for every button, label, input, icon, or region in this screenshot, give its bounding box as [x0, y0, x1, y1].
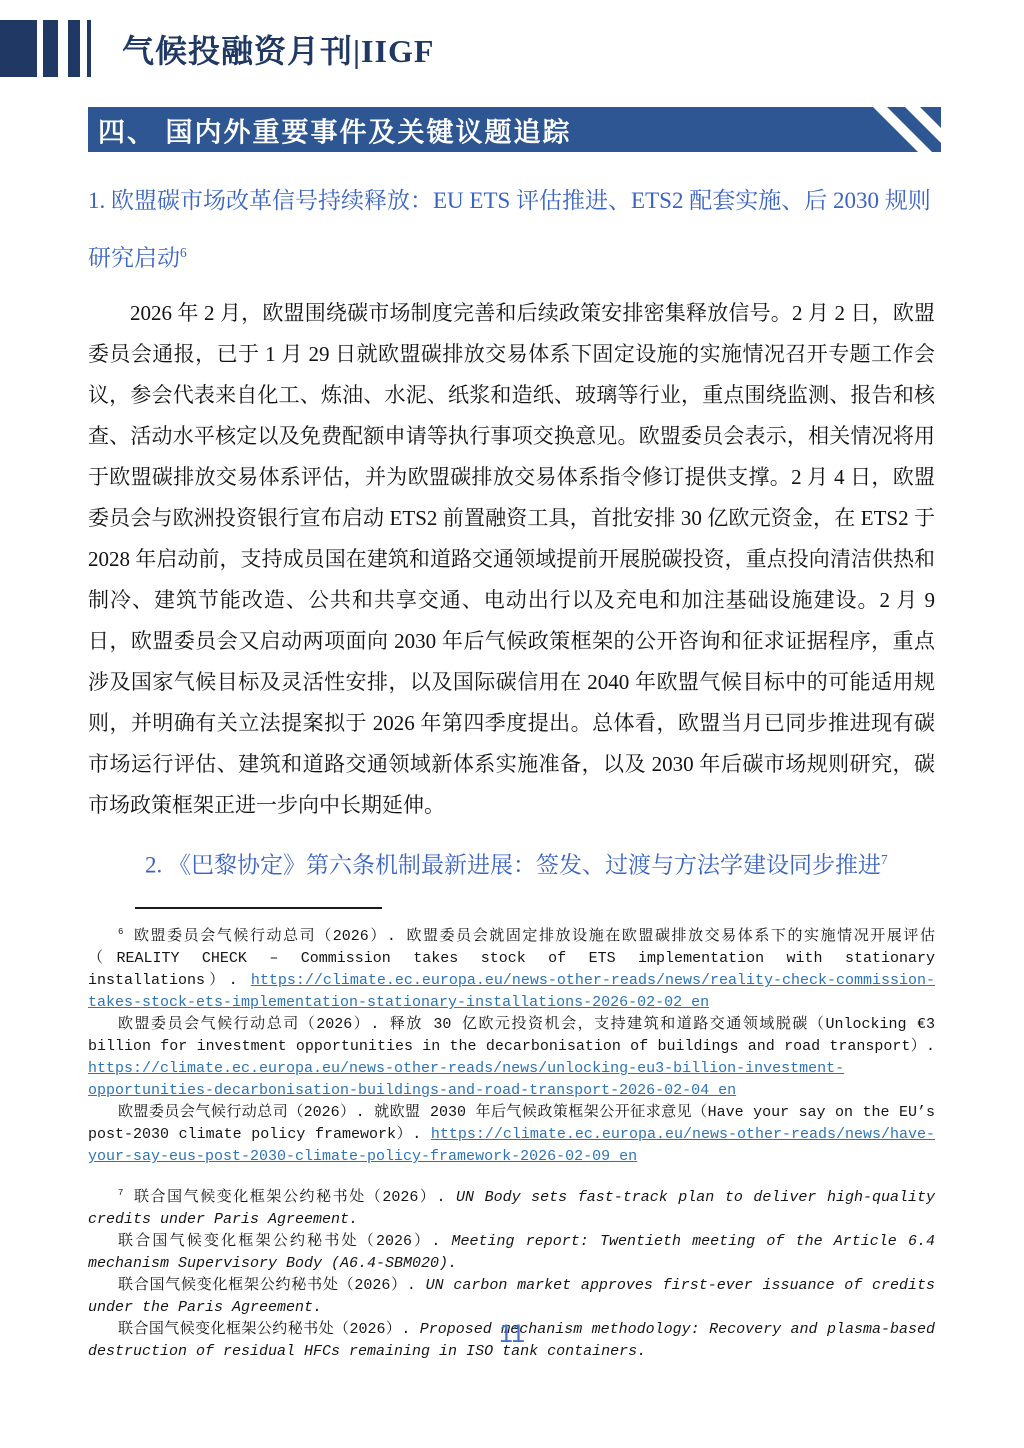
subsection-2-heading: 2. 《巴黎协定》第六条机制最新进展：签发、过渡与方法学建设同步推进7: [88, 836, 935, 890]
footnote-6-ref-1: 6 欧盟委员会气候行动总司（2026）. 欧盟委员会就固定排放设施在欧盟碳排放交…: [88, 921, 935, 1014]
logo-bar: [68, 20, 80, 77]
section-banner: 四、 国内外重要事件及关键议题追踪: [88, 107, 941, 152]
logo-bar: [0, 20, 37, 77]
subsection-1-paragraph: 2026 年 2 月，欧盟围绕碳市场制度完善和后续政策安排密集释放信号。2 月 …: [88, 293, 935, 826]
footnote-7-ref-1: 7 联合国气候变化框架公约秘书处（2026）. UN Body sets fas…: [88, 1182, 935, 1231]
footnote-text: 联合国气候变化框架公约秘书处（2026）.: [134, 1189, 456, 1206]
footnote-text: 联合国气候变化框架公约秘书处（2026）.: [118, 1277, 426, 1294]
footnote-ref-7: 7: [881, 852, 888, 867]
logo-bar: [43, 20, 58, 77]
section-banner-title: 四、 国内外重要事件及关键议题追踪: [98, 110, 572, 149]
footnote-text: 联合国气候变化框架公约秘书处（2026）.: [118, 1233, 452, 1250]
footnote-6-ref-2: 欧盟委员会气候行动总司（2026）. 释放 30 亿欧元投资机会，支持建筑和道路…: [88, 1014, 935, 1102]
footnote-7-marker: 7: [118, 1188, 123, 1198]
subsection-1-heading-text: 1. 欧盟碳市场改革信号持续释放：EU ETS 评估推进、ETS2 配套实施、后…: [88, 188, 931, 271]
page-body: 1. 欧盟碳市场改革信号持续释放：EU ETS 评估推进、ETS2 配套实施、后…: [0, 0, 1024, 1363]
footnote-7-ref-2: 联合国气候变化框架公约秘书处（2026）. Meeting report: Tw…: [88, 1231, 935, 1275]
iigf-logo-bars-icon: [0, 20, 91, 77]
footnote-ref-6: 6: [180, 245, 187, 260]
footnote-6-ref-3: 欧盟委员会气候行动总司（2026）. 就欧盟 2030 年后气候政策框架公开征求…: [88, 1102, 935, 1168]
document-page: 气候投融资月刊|IIGF 四、 国内外重要事件及关键议题追踪 1. 欧盟碳市场改…: [0, 0, 1024, 1448]
footnote-6-marker: 6: [118, 927, 123, 937]
logo-bar: [87, 20, 91, 77]
subsection-2-heading-text: 2. 《巴黎协定》第六条机制最新进展：签发、过渡与方法学建设同步推进: [145, 852, 881, 877]
subsection-1-heading: 1. 欧盟碳市场改革信号持续释放：EU ETS 评估推进、ETS2 配套实施、后…: [88, 175, 935, 285]
page-number: 11: [0, 1320, 1024, 1349]
footnote-6: 6 欧盟委员会气候行动总司（2026）. 欧盟委员会就固定排放设施在欧盟碳排放交…: [88, 921, 935, 1168]
footnote-link[interactable]: https://climate.ec.europa.eu/news-other-…: [88, 1060, 844, 1099]
footnote-7-ref-3: 联合国气候变化框架公约秘书处（2026）. UN carbon market a…: [88, 1275, 935, 1319]
masthead-title: 气候投融资月刊|IIGF: [122, 26, 434, 72]
footnote-separator: [135, 907, 382, 909]
footnotes-area: 6 欧盟委员会气候行动总司（2026）. 欧盟委员会就固定排放设施在欧盟碳排放交…: [88, 921, 935, 1363]
footnote-text: 欧盟委员会气候行动总司（2026）. 释放 30 亿欧元投资机会，支持建筑和道路…: [88, 1016, 935, 1055]
